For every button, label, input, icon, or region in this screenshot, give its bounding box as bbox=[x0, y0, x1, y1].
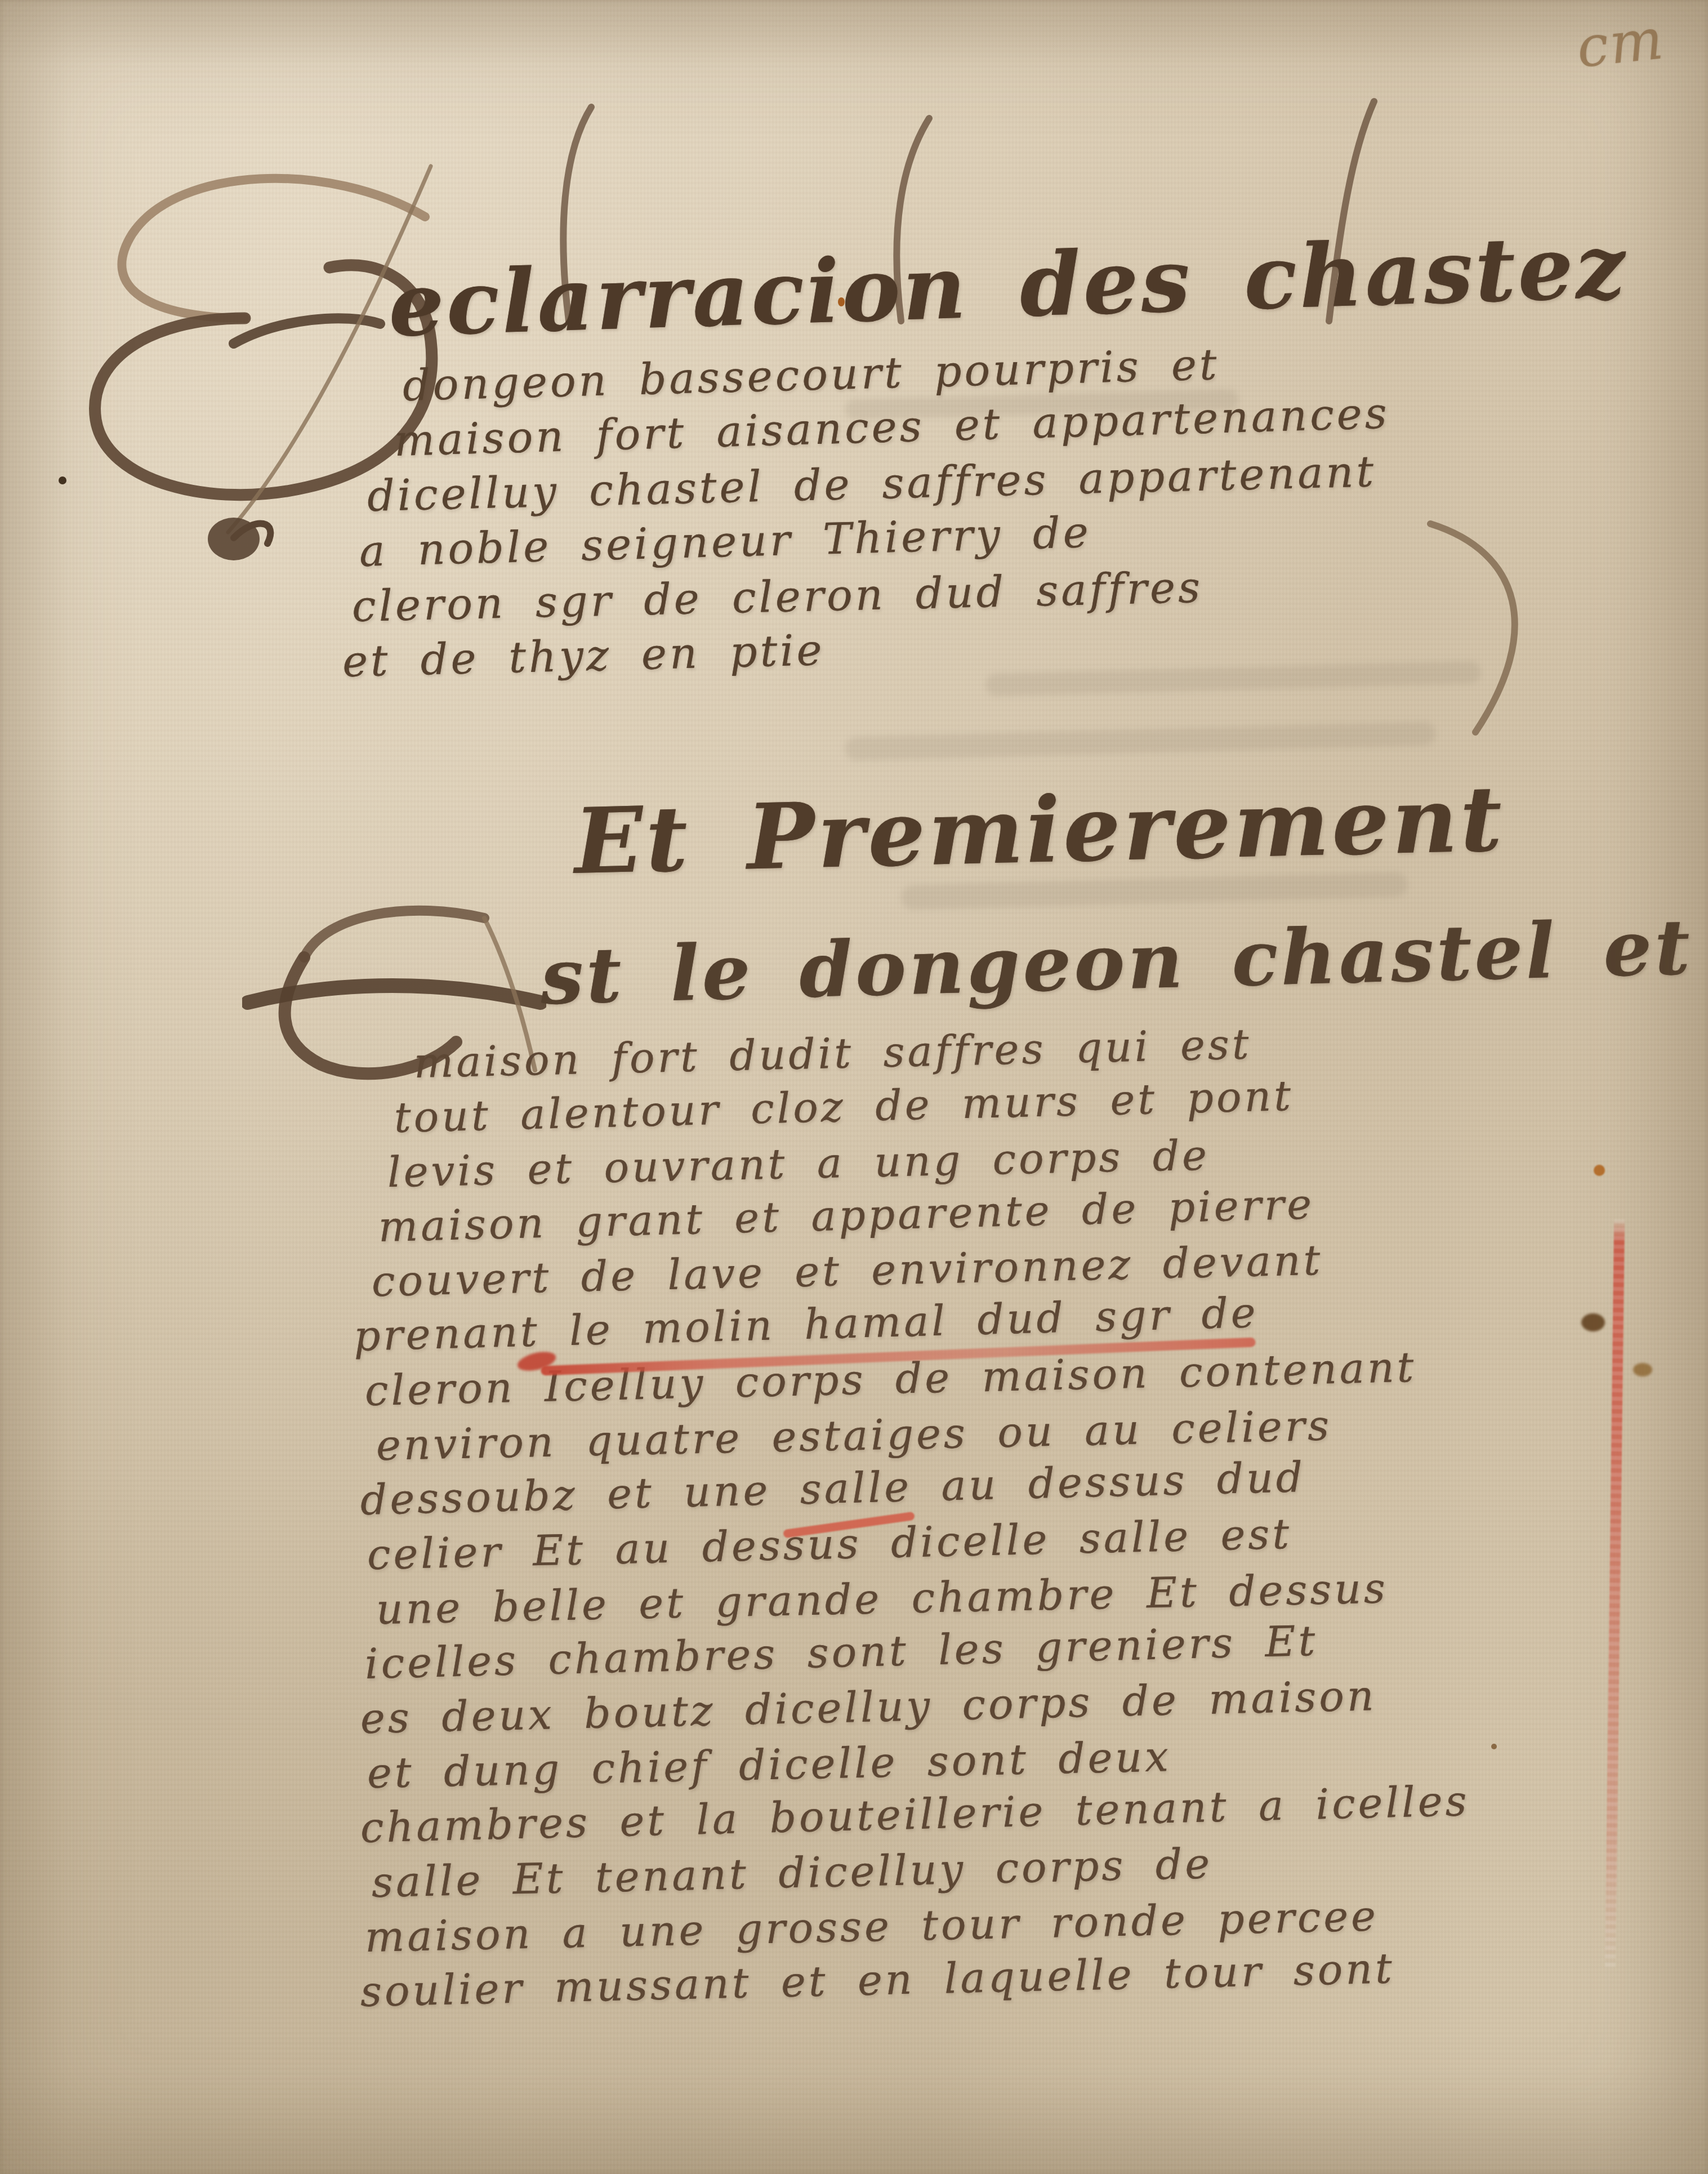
opening-line: Est le dongeon chastel et bbox=[539, 902, 1694, 1022]
initial-d-flourish-icon bbox=[65, 149, 459, 589]
ink-dot bbox=[59, 476, 66, 484]
red-margin-line bbox=[1605, 1219, 1625, 1968]
foxing-spot bbox=[1633, 1363, 1652, 1376]
page-title: Declarracion des chastez bbox=[387, 215, 1629, 357]
showthrough-smudge bbox=[985, 661, 1482, 696]
small-speck bbox=[1491, 1744, 1497, 1749]
rust-speck bbox=[1594, 1165, 1605, 1176]
subtitle-line: et de thyz en ptie bbox=[342, 625, 826, 687]
showthrough-smudge bbox=[845, 721, 1437, 760]
subtitle-swash-icon bbox=[1397, 507, 1566, 743]
manuscript-page: cm Declarracion des chastez dongeon bass… bbox=[0, 0, 1708, 2174]
body-line: salle Et tenant dicelluy corps de bbox=[371, 1839, 1213, 1907]
title-text: eclarracion des chastez bbox=[387, 215, 1629, 357]
opening-text: st le dongeon chastel et bbox=[539, 902, 1694, 1022]
foxing-spot bbox=[1581, 1313, 1605, 1331]
folio-mark: cm bbox=[1573, 6, 1667, 81]
section-heading: Et Premierement bbox=[573, 766, 1506, 894]
